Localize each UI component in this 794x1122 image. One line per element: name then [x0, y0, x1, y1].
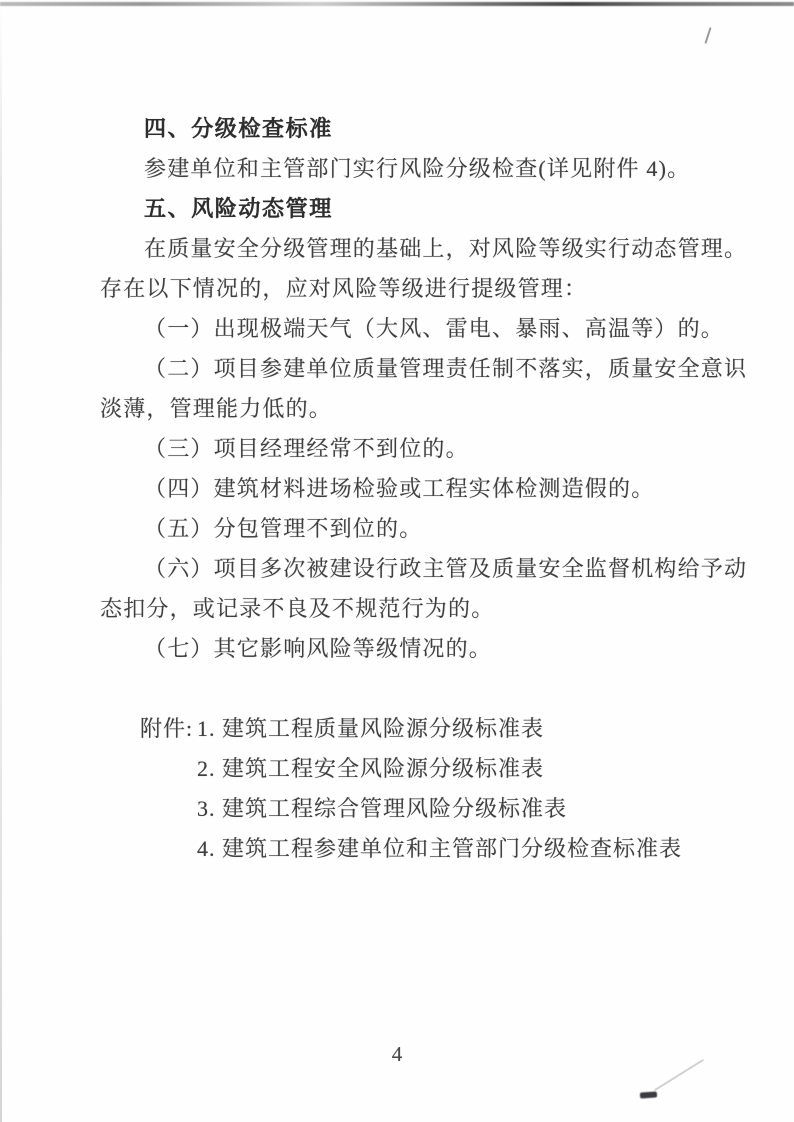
attachments-indent	[140, 789, 197, 829]
attachment-row: 3. 建筑工程综合管理风险分级标准表	[140, 789, 704, 829]
attachments-indent	[140, 829, 197, 869]
clause-line-7: （七）其它影响风险等级情况的。	[100, 629, 704, 669]
scan-edge-artifact-top	[0, 2, 794, 6]
page-footer: 4	[0, 1042, 794, 1067]
attachment-item-3: 3. 建筑工程综合管理风险分级标准表	[197, 789, 567, 829]
attachment-item-2: 2. 建筑工程安全风险源分级标准表	[197, 749, 544, 789]
clause-line-4: （四）建筑材料进场检验或工程实体检测造假的。	[100, 469, 704, 509]
pen-mark-top-right	[704, 27, 711, 44]
attachment-item-1: 1. 建筑工程质量风险源分级标准表	[197, 709, 544, 749]
attachments-label: 附件:	[140, 709, 197, 749]
clause-line-3: （三）项目经理经常不到位的。	[100, 429, 704, 469]
attachments-indent	[140, 749, 197, 789]
paragraph-line: 参建单位和主管部门实行风险分级检查(详见附件 4)。	[100, 149, 704, 189]
paragraph-line: 存在以下情况的，应对风险等级进行提级管理：	[100, 269, 704, 309]
clause-line-5: （五）分包管理不到位的。	[100, 509, 704, 549]
attachment-row: 4. 建筑工程参建单位和主管部门分级检查标准表	[140, 829, 704, 869]
page-number: 4	[392, 1042, 403, 1066]
attachment-item-4: 4. 建筑工程参建单位和主管部门分级检查标准表	[197, 829, 682, 869]
scan-edge-artifact-left	[0, 0, 2, 1122]
attachment-row: 附件: 1. 建筑工程质量风险源分级标准表	[140, 709, 704, 749]
section-heading-five: 五、风险动态管理	[100, 189, 704, 229]
clause-line-1: （一）出现极端天气（大风、雷电、暴雨、高温等）的。	[100, 309, 704, 349]
document-body: 四、分级检查标准 参建单位和主管部门实行风险分级检查(详见附件 4)。 五、风险…	[100, 109, 704, 869]
clause-line-2: （二）项目参建单位质量管理责任制不落实，质量安全意识	[100, 349, 704, 389]
scanned-document-page: 四、分级检查标准 参建单位和主管部门实行风险分级检查(详见附件 4)。 五、风险…	[0, 0, 794, 1122]
clause-line-6: （六）项目多次被建设行政主管及质量安全监督机构给予动	[100, 549, 704, 589]
clause-line-6-cont: 态扣分，或记录不良及不规范行为的。	[100, 589, 704, 629]
ink-smudge-bottom-right	[640, 1091, 657, 1098]
section-heading-four: 四、分级检查标准	[100, 109, 704, 149]
paragraph-line: 在质量安全分级管理的基础上，对风险等级实行动态管理。	[100, 229, 704, 269]
attachments-block: 附件: 1. 建筑工程质量风险源分级标准表 2. 建筑工程安全风险源分级标准表 …	[100, 709, 704, 869]
attachment-row: 2. 建筑工程安全风险源分级标准表	[140, 749, 704, 789]
clause-line-2-cont: 淡薄，管理能力低的。	[100, 389, 704, 429]
